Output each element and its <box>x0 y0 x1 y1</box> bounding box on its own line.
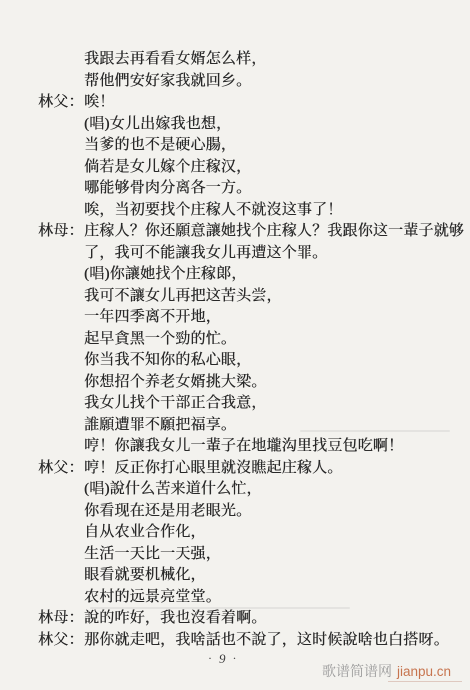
script-line: 你看现在还是用老眼光。 <box>0 501 470 523</box>
dialogue-text: 誰願遭罪不願把福享。 <box>84 417 236 433</box>
dialogue-text: 說的咋好，我也沒看着啊。 <box>84 610 266 626</box>
script-line: 誰願遭罪不願把福享。 <box>0 415 470 437</box>
script-line: 起早貪黑一个勁的忙。 <box>0 329 470 351</box>
dialogue-text: 农村的远景亮堂堂。 <box>84 589 221 605</box>
script-line: 林母：庄稼人？你还願意讓她找个庄稼人？我跟你这一輩子就够 <box>0 221 470 243</box>
dialogue-text: 倘若是女儿嫁个庄稼汉， <box>84 159 251 175</box>
watermark: 歌谱简谱网jianpu.cn <box>322 661 451 681</box>
dialogue-text: 当爹的也不是硬心腸， <box>84 137 236 153</box>
dialogue-text: 一年四季离不开地， <box>84 309 221 325</box>
dialogue-text: 眼看就要机械化， <box>84 567 206 583</box>
script-line: 自从农业合作化， <box>0 522 470 544</box>
script-line: 农村的远景亮堂堂。 <box>0 587 470 609</box>
script-line: 一年四季离不开地， <box>0 307 470 329</box>
speaker-label: 林父： <box>38 458 84 480</box>
dialogue-text: 自从农业合作化， <box>84 524 206 540</box>
script-line: 生活一天比一天强， <box>0 544 470 566</box>
script-line: 林父：哼！反正你打心眼里就沒瞧起庄稼人。 <box>0 458 470 480</box>
script-page: 我跟去再看看女婿怎么样， 帮他們安好家我就回乡。 林父：唉！ (唱)女儿出嫁我也… <box>0 0 470 690</box>
script-line: 林母：說的咋好，我也沒看着啊。 <box>0 608 470 630</box>
page-number-right-dot: · <box>233 651 237 665</box>
script-line: 倘若是女儿嫁个庄稼汉， <box>0 157 470 179</box>
script-line: 林父：唉！ <box>0 92 470 114</box>
script-text-block: 我跟去再看看女婿怎么样， 帮他們安好家我就回乡。 林父：唉！ (唱)女儿出嫁我也… <box>0 49 470 651</box>
dialogue-text: 哼！你讓我女儿一輩子在地壠沟里找豆包吃啊！ <box>84 438 403 454</box>
dialogue-text: 我跟去再看看女婿怎么样， <box>84 51 266 67</box>
dialogue-text: 唉，当初要找个庄稼人不就沒这事了！ <box>84 202 342 218</box>
speaker-label: 林父： <box>38 92 84 114</box>
dialogue-text: 起早貪黑一个勁的忙。 <box>84 331 236 347</box>
dialogue-text: (唱)你讓她找个庄稼郞， <box>84 266 246 282</box>
dialogue-text: 哼！反正你打心眼里就沒瞧起庄稼人。 <box>84 460 342 476</box>
scan-artifact <box>300 430 450 432</box>
watermark-site-name: 歌谱简谱网 <box>322 665 392 680</box>
speaker-label: 林母： <box>38 608 84 630</box>
script-line: 你想招个养老女婿挑大梁。 <box>0 372 470 394</box>
dialogue-text: 哪能够骨肉分离各一方。 <box>84 180 251 196</box>
scan-artifact <box>90 607 350 609</box>
page-number-value: 9 <box>219 651 226 666</box>
watermark-site-url: jianpu.cn <box>397 664 451 679</box>
speaker-label: 林父： <box>38 630 84 652</box>
page-number-left-dot: · <box>208 651 212 665</box>
script-line: 了，我可不能讓我女儿再遭这个罪。 <box>0 243 470 265</box>
dialogue-text: 庄稼人？你还願意讓她找个庄稼人？我跟你这一輩子就够 <box>84 223 464 239</box>
script-line: 哼！你讓我女儿一輩子在地壠沟里找豆包吃啊！ <box>0 436 470 458</box>
script-line: 我女儿找个干部正合我意， <box>0 393 470 415</box>
script-line: 你当我不知你的私心眼， <box>0 350 470 372</box>
dialogue-text: 生活一天比一天强， <box>84 546 221 562</box>
script-line: 唉，当初要找个庄稼人不就沒这事了！ <box>0 200 470 222</box>
dialogue-text: 你当我不知你的私心眼， <box>84 352 251 368</box>
script-line: (唱)女儿出嫁我也想， <box>0 114 470 136</box>
speaker-label: 林母： <box>38 221 84 243</box>
dialogue-text: 帮他們安好家我就回乡。 <box>84 73 251 89</box>
dialogue-text: (唱)說什么苦来道什么忙， <box>84 481 262 497</box>
script-line: 哪能够骨肉分离各一方。 <box>0 178 470 200</box>
dialogue-text: 我女儿找个干部正合我意， <box>84 395 266 411</box>
script-line: (唱)你讓她找个庄稼郞， <box>0 264 470 286</box>
dialogue-text: (唱)女儿出嫁我也想， <box>84 116 231 132</box>
watermark-underline <box>388 681 462 682</box>
dialogue-text: 你看现在还是用老眼光。 <box>84 503 251 519</box>
dialogue-text: 那你就走吧，我啥話也不說了，这时候說啥也白搭呀。 <box>84 632 449 648</box>
script-line: 眼看就要机械化， <box>0 565 470 587</box>
script-line: (唱)說什么苦来道什么忙， <box>0 479 470 501</box>
dialogue-text: 你想招个养老女婿挑大梁。 <box>84 374 266 390</box>
script-line: 林父：那你就走吧，我啥話也不說了，这时候說啥也白搭呀。 <box>0 630 470 652</box>
dialogue-text: 了，我可不能讓我女儿再遭这个罪。 <box>84 245 327 261</box>
script-line: 帮他們安好家我就回乡。 <box>0 71 470 93</box>
dialogue-text: 唉！ <box>84 94 114 110</box>
script-line: 我跟去再看看女婿怎么样， <box>0 49 470 71</box>
dialogue-text: 我可不讓女儿再把这苦头尝， <box>84 288 282 304</box>
script-line: 当爹的也不是硬心腸， <box>0 135 470 157</box>
script-line: 我可不讓女儿再把这苦头尝， <box>0 286 470 308</box>
page-number: ·9· <box>208 651 237 667</box>
